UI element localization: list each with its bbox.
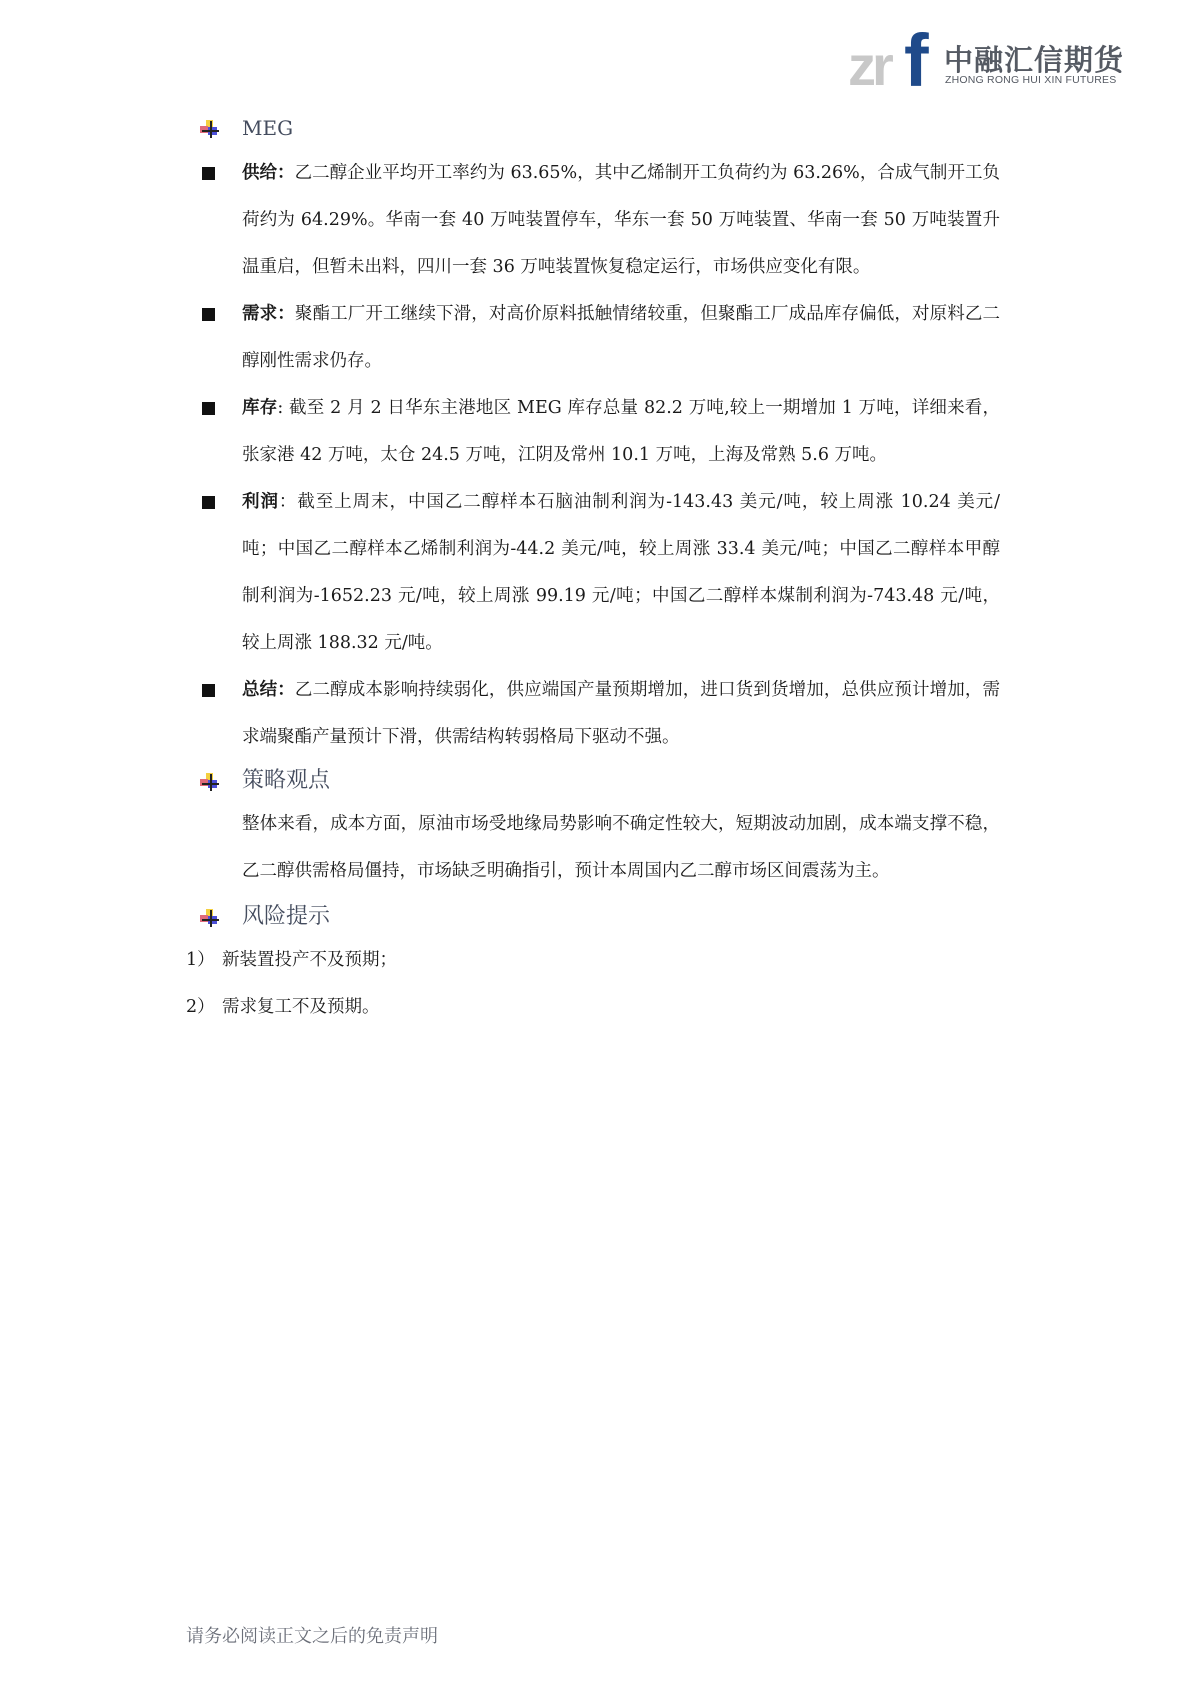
risk-number: 1） (186, 937, 222, 984)
footer-disclaimer: 请务必阅读正文之后的免责声明 (186, 1622, 438, 1648)
square-bullet-icon (202, 684, 215, 697)
bullet-text: 乙二醇成本影响持续弱化，供应端国产量预期增加，进口货到货增加，总供应预计增加，需… (242, 680, 1000, 747)
bullet-summary: 总结：乙二醇成本影响持续弱化，供应端国产量预期增加，进口货到货增加，总供应预计增… (200, 667, 1000, 761)
bullet-label: 需求： (242, 304, 295, 324)
section-heading-meg: MEG (200, 108, 1000, 148)
bullet-label: 利润 (242, 492, 279, 512)
risk-item: 2）需求复工不及预期。 (186, 984, 1000, 1031)
section-title: MEG (242, 116, 293, 140)
section-title: 风险提示 (242, 904, 330, 929)
bullet-label: 总结： (242, 680, 295, 700)
bullet-supply: 供给：乙二醇企业平均开工率约为 63.65%，其中乙烯制开工负荷约为 63.26… (200, 150, 1000, 291)
square-bullet-icon (202, 496, 215, 509)
square-bullet-icon (202, 402, 215, 415)
bullet-inventory: 库存: 截至 2 月 2 日华东主港地区 MEG 库存总量 82.2 万吨,较上… (200, 385, 1000, 479)
bullet-profit: 利润：截至上周末，中国乙二醇样本石脑油制利润为-143.43 美元/吨，较上周涨… (200, 479, 1000, 667)
cross-bullet-icon (200, 120, 220, 138)
logo-mark-zr: zr (848, 38, 890, 94)
square-bullet-icon (202, 308, 215, 321)
bullet-text: 聚酯工厂开工继续下滑，对高价原料抵触情绪较重，但聚酯工厂成品库存偏低，对原料乙二… (242, 304, 1000, 371)
cross-bullet-icon (200, 773, 220, 791)
square-bullet-icon (202, 167, 215, 180)
section-title: 策略观点 (242, 768, 330, 793)
section-heading-strategy: 策略观点 (200, 761, 1000, 801)
report-body: MEG 供给：乙二醇企业平均开工率约为 63.65%，其中乙烯制开工负荷约为 6… (200, 108, 1000, 1031)
section-heading-risk: 风险提示 (200, 897, 1000, 937)
bullet-text: : 截至 2 月 2 日华东主港地区 MEG 库存总量 82.2 万吨,较上一期… (242, 398, 1000, 465)
bullet-text: ：截至上周末，中国乙二醇样本石脑油制利润为-143.43 美元/吨，较上周涨 1… (242, 492, 1000, 653)
company-logo: zr f 中融汇信期货 ZHONG RONG HUI XIN FUTURES (848, 28, 1138, 92)
cross-bullet-icon (200, 909, 220, 927)
logo-name-cn: 中融汇信期货 (944, 38, 1124, 79)
bullet-demand: 需求：聚酯工厂开工继续下滑，对高价原料抵触情绪较重，但聚酯工厂成品库存偏低，对原… (200, 291, 1000, 385)
risk-item: 1）新装置投产不及预期； (186, 937, 1000, 984)
logo-mark-f: f (904, 26, 929, 96)
strategy-text: 整体来看，成本方面，原油市场受地缘局势影响不确定性较大，短期波动加剧，成本端支撑… (200, 801, 1000, 895)
logo-name-en: ZHONG RONG HUI XIN FUTURES (945, 74, 1116, 86)
risk-text: 新装置投产不及预期； (222, 950, 397, 970)
risk-text: 需求复工不及预期。 (222, 997, 380, 1017)
bullet-text: 乙二醇企业平均开工率约为 63.65%，其中乙烯制开工负荷约为 63.26%，合… (242, 163, 1000, 277)
bullet-label: 库存 (242, 398, 277, 418)
bullet-label: 供给： (242, 163, 295, 183)
risk-number: 2） (186, 984, 222, 1031)
